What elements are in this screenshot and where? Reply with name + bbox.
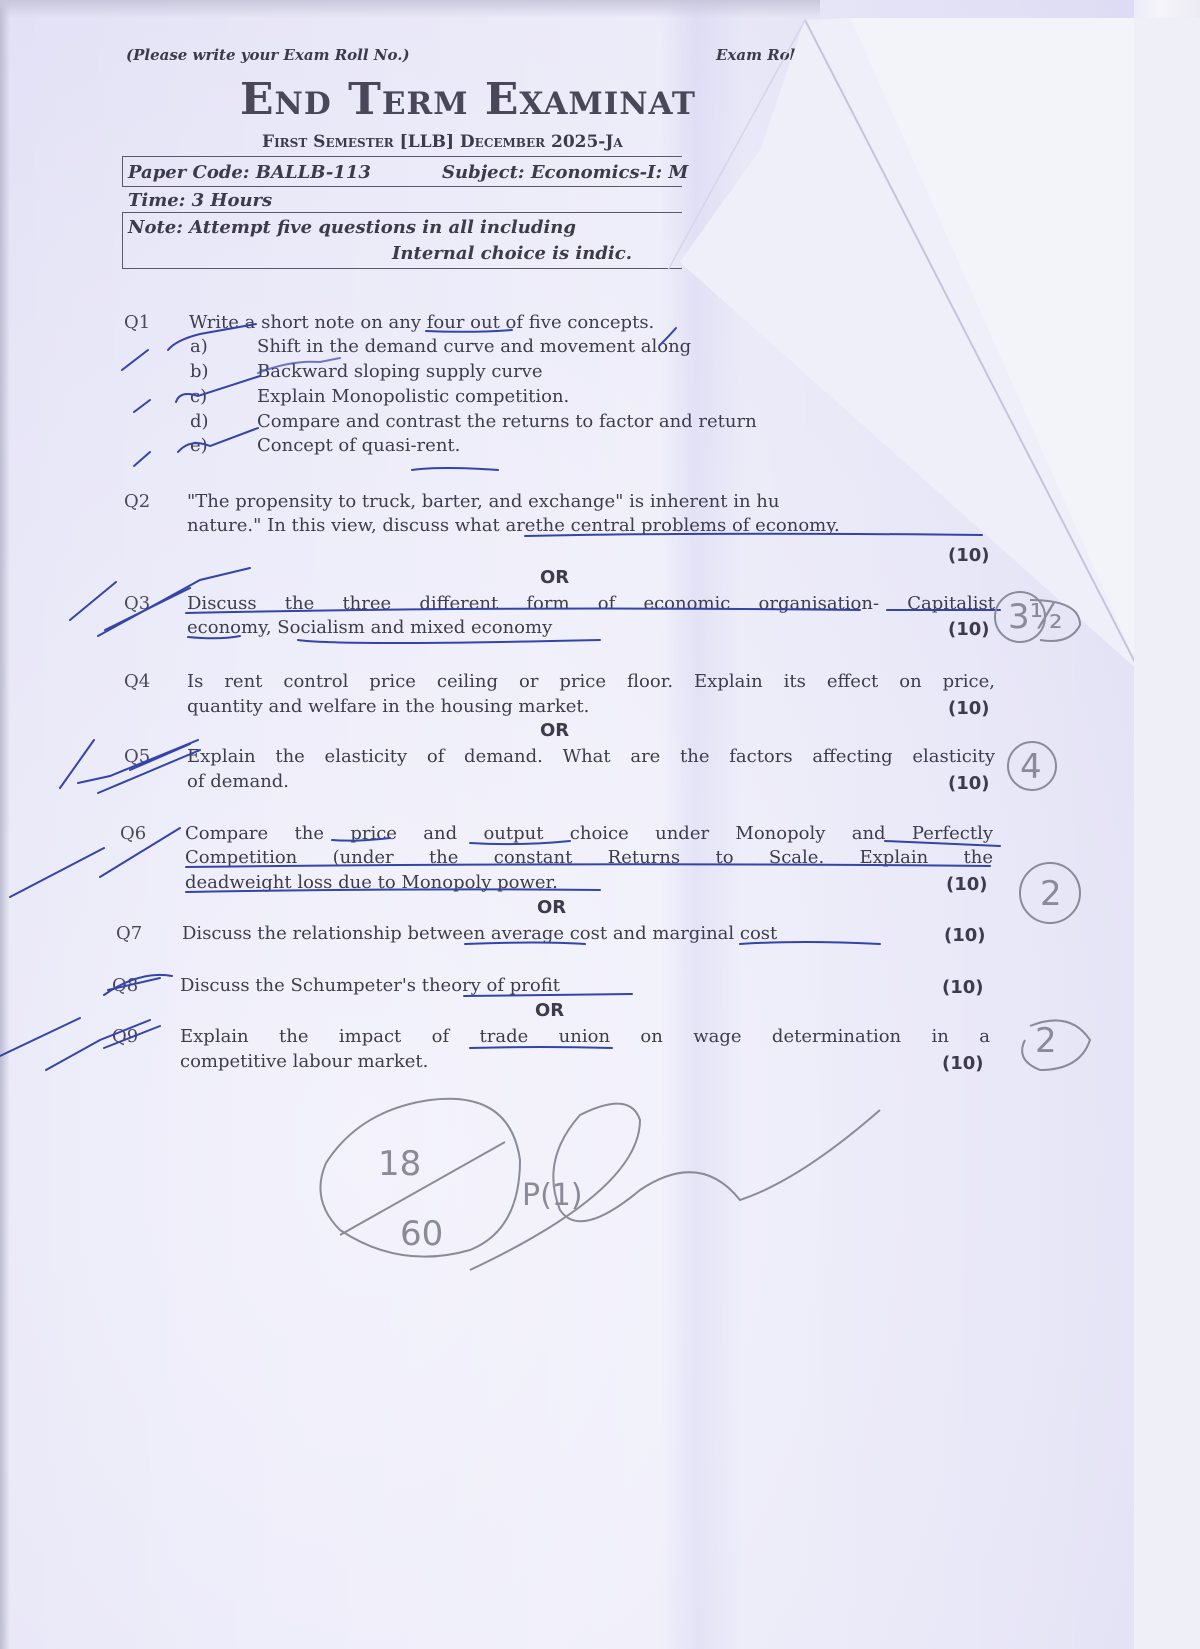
sub-part-text: Shift in the demand curve and movement a…	[257, 336, 691, 357]
question-text: competitive labour market.	[180, 1051, 428, 1072]
roll-number-prompt: (Please write your Exam Roll No.)	[126, 46, 410, 64]
question-text: Discuss the three different form of econ…	[187, 593, 995, 614]
or-separator: OR	[537, 897, 566, 918]
header-rule	[122, 268, 682, 269]
header-rule	[122, 212, 682, 213]
sub-part-label: c)	[190, 386, 207, 407]
marks: (10)	[948, 773, 990, 794]
instructions-note-choice: Internal choice is indic.	[392, 243, 632, 264]
marks: (10)	[948, 619, 990, 640]
question-text: Explain the elasticity of demand. What a…	[187, 746, 995, 767]
question-number: Q1	[124, 312, 150, 333]
marks: (10)	[942, 1053, 984, 1074]
paper-left-edge	[0, 0, 10, 1649]
question-number: Q4	[124, 671, 150, 692]
semester-line: First Semester [LLB] December 2025-Ja	[262, 132, 623, 152]
question-number: Q2	[124, 491, 150, 512]
sub-part-text: Explain Monopolistic competition.	[257, 386, 569, 407]
paper-right-edge	[1134, 0, 1200, 1649]
question-text: Competition (under the constant Returns …	[185, 847, 993, 868]
question-number: Q7	[116, 923, 142, 944]
question-text: Is rent control price ceiling or price f…	[187, 671, 995, 692]
sub-part-label: e)	[190, 435, 208, 456]
time-allowed: Time: 3 Hours	[128, 190, 272, 211]
header-rule	[122, 212, 123, 268]
sub-part-text: Backward sloping supply curve	[257, 361, 543, 382]
or-separator: OR	[540, 567, 569, 588]
sub-part-label: a)	[190, 336, 208, 357]
question-text: deadweight loss due to Monopoly power.	[185, 872, 558, 893]
question-text: of demand.	[187, 771, 289, 792]
paper-top-edge	[0, 0, 820, 18]
marks: (10)	[944, 925, 986, 946]
marks: (10)	[946, 874, 988, 895]
sub-part-text: Concept of quasi-rent.	[257, 435, 460, 456]
question-number: Q6	[120, 823, 146, 844]
header-rule	[122, 156, 123, 186]
question-text: quantity and welfare in the housing mark…	[187, 696, 589, 717]
instructions-note: Note: Attempt five questions in all incl…	[128, 217, 576, 238]
sub-part-text: Compare and contrast the returns to fact…	[257, 411, 757, 432]
subject: Subject: Economics-I: M	[442, 162, 688, 183]
exam-title: End Term Examinat	[240, 74, 696, 125]
or-separator: OR	[540, 720, 569, 741]
paper-code: Paper Code: BALLB-113	[128, 162, 371, 183]
header-rule	[122, 156, 682, 157]
sub-part-label: d)	[190, 411, 209, 432]
question-text: nature." In this view, discuss what aret…	[187, 515, 840, 536]
header-rule	[122, 186, 682, 187]
roll-number-label: Exam Roll	[716, 46, 801, 64]
question-number: Q3	[124, 593, 150, 614]
or-separator: OR	[535, 1000, 564, 1021]
sub-part-label: b)	[190, 361, 209, 382]
question-text: Explain the impact of trade union on wag…	[180, 1026, 990, 1047]
marks: (10)	[942, 977, 984, 998]
question-text: Discuss the Schumpeter's theory of profi…	[180, 975, 560, 996]
question-number: Q9	[112, 1026, 138, 1047]
question-text: Discuss the relationship between average…	[182, 923, 777, 944]
question-number: Q5	[124, 746, 150, 767]
question-text: Write a short note on any four out of fi…	[189, 312, 654, 333]
question-text: "The propensity to truck, barter, and ex…	[187, 491, 780, 512]
question-number: Q8	[112, 975, 138, 996]
marks: (10)	[948, 698, 990, 719]
question-text: economy, Socialism and mixed economy	[187, 617, 552, 638]
question-text: Compare the price and output choice unde…	[185, 823, 993, 844]
marks: (10)	[948, 545, 990, 566]
